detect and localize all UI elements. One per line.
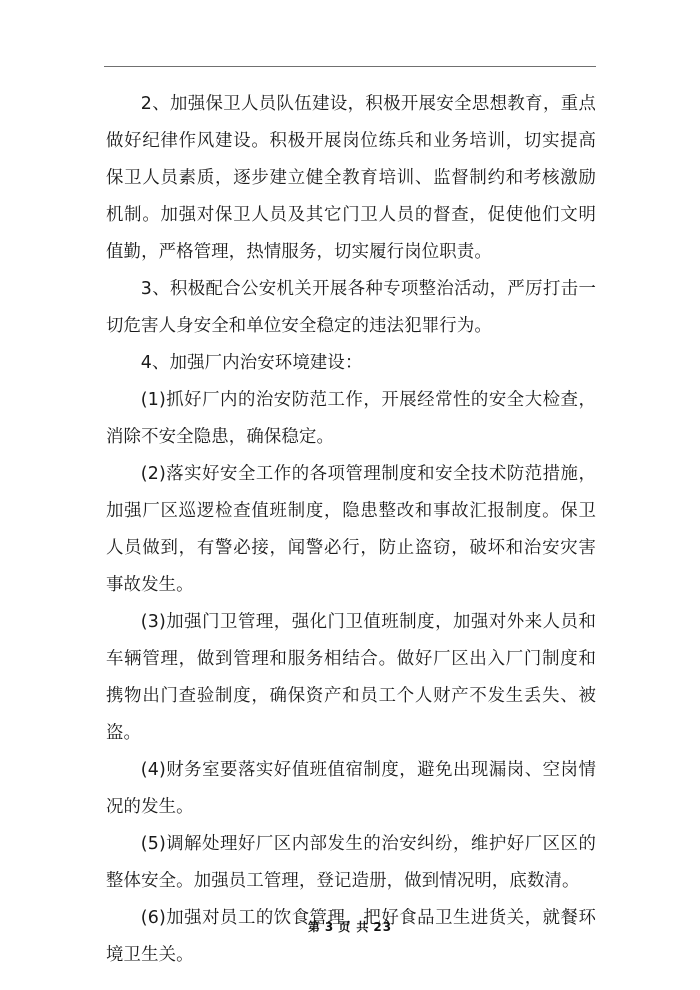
paragraph-subitem-1: (1)抓好厂内的治安防范工作，开展经常性的安全大检查，消除不安全隐患，确保稳定。: [106, 382, 596, 456]
page-label-prefix: 第: [308, 920, 321, 934]
total-pages-number: 23: [373, 920, 392, 934]
paragraph-subitem-5: (5)调解处理好厂区内部发生的治安纠纷，维护好厂区区的整体安全。加强员工管理，登…: [106, 826, 596, 900]
document-body: 2、加强保卫人员队伍建设，积极开展安全思想教育，重点做好纪律作风建设。积极开展岗…: [106, 86, 596, 974]
paragraph-subitem-4: (4)财务室要落实好值班值宿制度，避免出现漏岗、空岗情况的发生。: [106, 752, 596, 826]
current-page-number: 3: [325, 920, 334, 934]
paragraph-item-3: 3、积极配合公安机关开展各种专项整治活动，严厉打击一切危害人身安全和单位安全稳定…: [106, 271, 596, 345]
paragraph-subitem-6: (6)加强对员工的饮食管理，把好食品卫生进货关，就餐环境卫生关。: [106, 900, 596, 974]
paragraph-item-4-heading: 4、加强厂内治安环境建设：: [106, 345, 596, 382]
paragraph-subitem-2: (2)落实好安全工作的各项管理制度和安全技术防范措施，加强厂区巡逻检查值班制度，…: [106, 456, 596, 604]
page-label-middle: 页 共: [338, 920, 369, 934]
page-footer: 第3页 共23: [0, 918, 700, 935]
header-rule: [104, 66, 596, 67]
paragraph-subitem-3: (3)加强门卫管理，强化门卫值班制度，加强对外来人员和车辆管理，做到管理和服务相…: [106, 604, 596, 752]
paragraph-item-2: 2、加强保卫人员队伍建设，积极开展安全思想教育，重点做好纪律作风建设。积极开展岗…: [106, 86, 596, 271]
